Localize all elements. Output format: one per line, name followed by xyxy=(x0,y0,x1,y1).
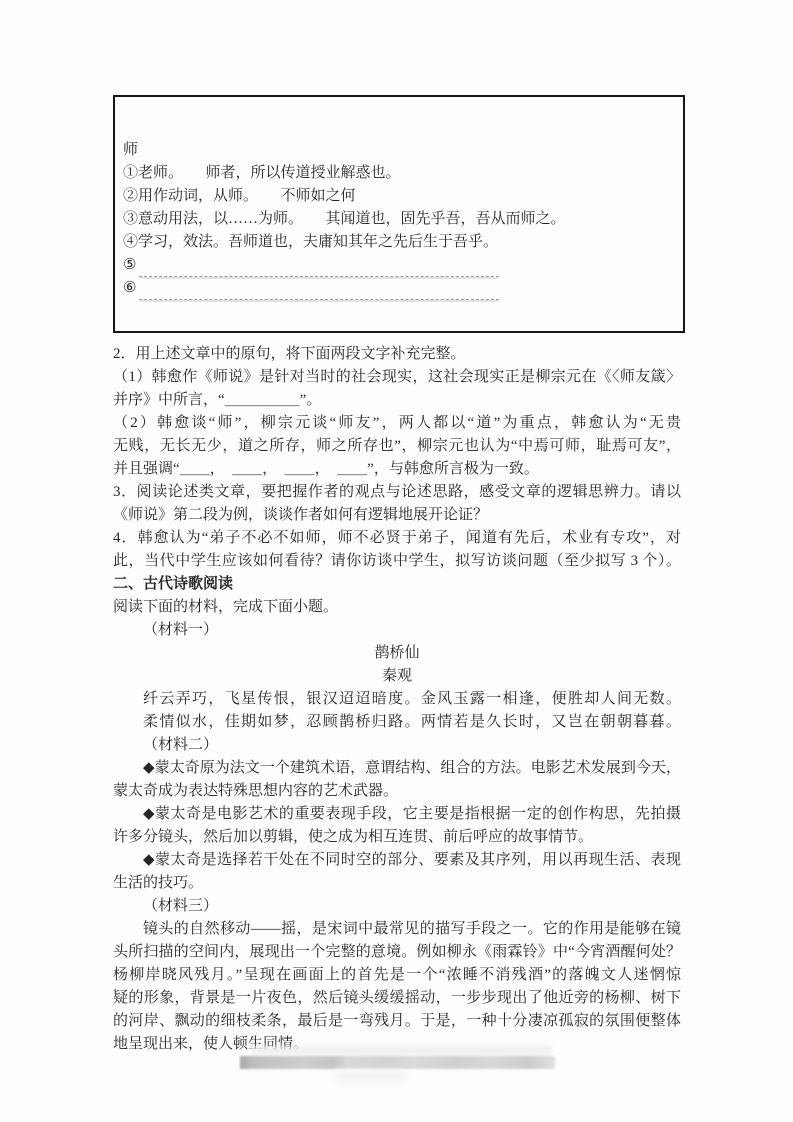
material-one-label: （材料一） xyxy=(113,619,681,642)
box-item: ②用作动词，从师。 不师如之何 xyxy=(123,185,673,208)
text-line: 3．阅读论述类文章，要把握作者的观点与论述思路，感受文章的逻辑思辨力。请以 xyxy=(113,481,681,504)
text-line: 疑的形象，背景是一片夜色，然后镜头缓缓摇动，一步步现出了他近旁的杨柳、树下 xyxy=(113,987,681,1010)
text-line: 2．用上述文章中的原句，将下面两段文字补充完整。 xyxy=(113,343,681,366)
poem-title: 鹊桥仙 xyxy=(113,642,681,665)
blank-rule xyxy=(139,259,499,277)
text-line: 镜头的自然移动——摇，是宋词中最常见的描写手段之一。它的作用是能够在镜 xyxy=(113,918,681,941)
box-item: ①老师。 师者，所以传道授业解惑也。 xyxy=(123,162,673,185)
box-item: ④学习，效法。吾师道也，夫庸知其年之先后生于吾乎。 xyxy=(123,231,673,254)
document-body: 2．用上述文章中的原句，将下面两段文字补充完整。（1）韩愈作《师说》是针对当时的… xyxy=(113,343,681,1056)
blank-rule xyxy=(139,282,499,300)
text-line: 头所扫描的空间内，展现出一个完整的意境。例如柳永《雨霖铃》中“今宵酒醒何处？ xyxy=(113,941,681,964)
text-line: 并序》中所言，“＿＿＿＿＿”。 xyxy=(113,389,681,412)
text-line: ◆蒙太奇是电影艺术的重要表现手段，它主要是指根据一定的创作构思，先拍摄 xyxy=(113,803,681,826)
text-line: 的河岸、飘动的细枝柔条，最后是一弯残月。于是，一种十分凄凉孤寂的氛围便整体 xyxy=(113,1010,681,1033)
box-item: ③意动用法，以……为师。 其闻道也，固先乎吾，吾从而师之。 xyxy=(123,208,673,231)
text-line: 此，当代中学生应该如何看待？请你访谈中学生，拟写访谈问题（至少拟写 3 个）。 xyxy=(113,550,681,573)
text-line: 《师说》第二段为例，谈谈作者如何有逻辑地展开论证？ xyxy=(113,504,681,527)
watermark-smudge-faint xyxy=(252,1046,552,1055)
text-line: 柔情似水，佳期如梦，忍顾鹊桥归路。两情若是久长时，又岂在朝朝暮暮。 xyxy=(113,711,681,734)
text-line: 蒙太奇成为表达特殊思想内容的艺术武器。 xyxy=(113,780,681,803)
text-line: 阅读下面的材料，完成下面小题。 xyxy=(113,596,681,619)
text-line: ◆蒙太奇原为法文一个建筑术语，意谓结构、组合的方法。电影艺术发展到今天， xyxy=(113,757,681,780)
blank-label: ⑤ xyxy=(123,254,136,277)
text-line: （2）韩愈谈“师”，柳宗元谈“师友”，两人都以“道”为重点，韩愈认为“无贵 xyxy=(113,412,681,435)
text-line: 许多分镜头，然后加以剪辑，使之成为相互连贯、前后呼应的故事情节。 xyxy=(113,826,681,849)
watermark-smudge xyxy=(240,1056,555,1069)
text-line: 生活的技巧。 xyxy=(113,872,681,895)
poem-author: 秦观 xyxy=(113,665,681,688)
fill-in-blank-row: ⑤ xyxy=(123,254,673,277)
text-line: 并且强调“＿＿， ＿＿， ＿＿， ＿＿”，与韩愈所言极为一致。 xyxy=(113,458,681,481)
definition-box: 师 ①老师。 师者，所以传道授业解惑也。②用作动词，从师。 不师如之何③意动用法… xyxy=(113,95,685,333)
box-title: 师 xyxy=(123,139,673,162)
section-heading: 二、古代诗歌阅读 xyxy=(113,573,681,596)
text-line: 杨柳岸晓风残月。”呈现在画面上的首先是一个“浓睡不消残酒”的落魄文人迷惘惊 xyxy=(113,964,681,987)
text-line: 4．韩愈认为“弟子不必不如师，师不必贤于弟子，闻道有先后，术业有专攻”，对 xyxy=(113,527,681,550)
fill-in-blank-row: ⑥ xyxy=(123,277,673,300)
material-three-label: （材料三） xyxy=(113,895,681,918)
watermark-smudge-wisp xyxy=(335,1070,405,1082)
text-line: ◆蒙太奇是选择若干处在不同时空的部分、要素及其序列，用以再现生活、表现 xyxy=(113,849,681,872)
box-blank-list: ⑤⑥ xyxy=(123,254,673,300)
document-page: 师 ①老师。 师者，所以传道授业解惑也。②用作动词，从师。 不师如之何③意动用法… xyxy=(0,0,793,1122)
text-line: （1）韩愈作《师说》是针对当时的社会现实，这社会现实正是柳宗元在《〈师友箴〉 xyxy=(113,366,681,389)
text-line: 无贱，无长无少，道之所存，师之所存也”，柳宗元也认为“中焉可师，耻焉可友”， xyxy=(113,435,681,458)
text-line: 纤云弄巧，飞星传恨，银汉迢迢暗度。金风玉露一相逢，便胜却人间无数。 xyxy=(113,688,681,711)
box-item-list: ①老师。 师者，所以传道授业解惑也。②用作动词，从师。 不师如之何③意动用法，以… xyxy=(123,162,673,254)
material-two-label: （材料二） xyxy=(113,734,681,757)
blank-label: ⑥ xyxy=(123,277,136,300)
